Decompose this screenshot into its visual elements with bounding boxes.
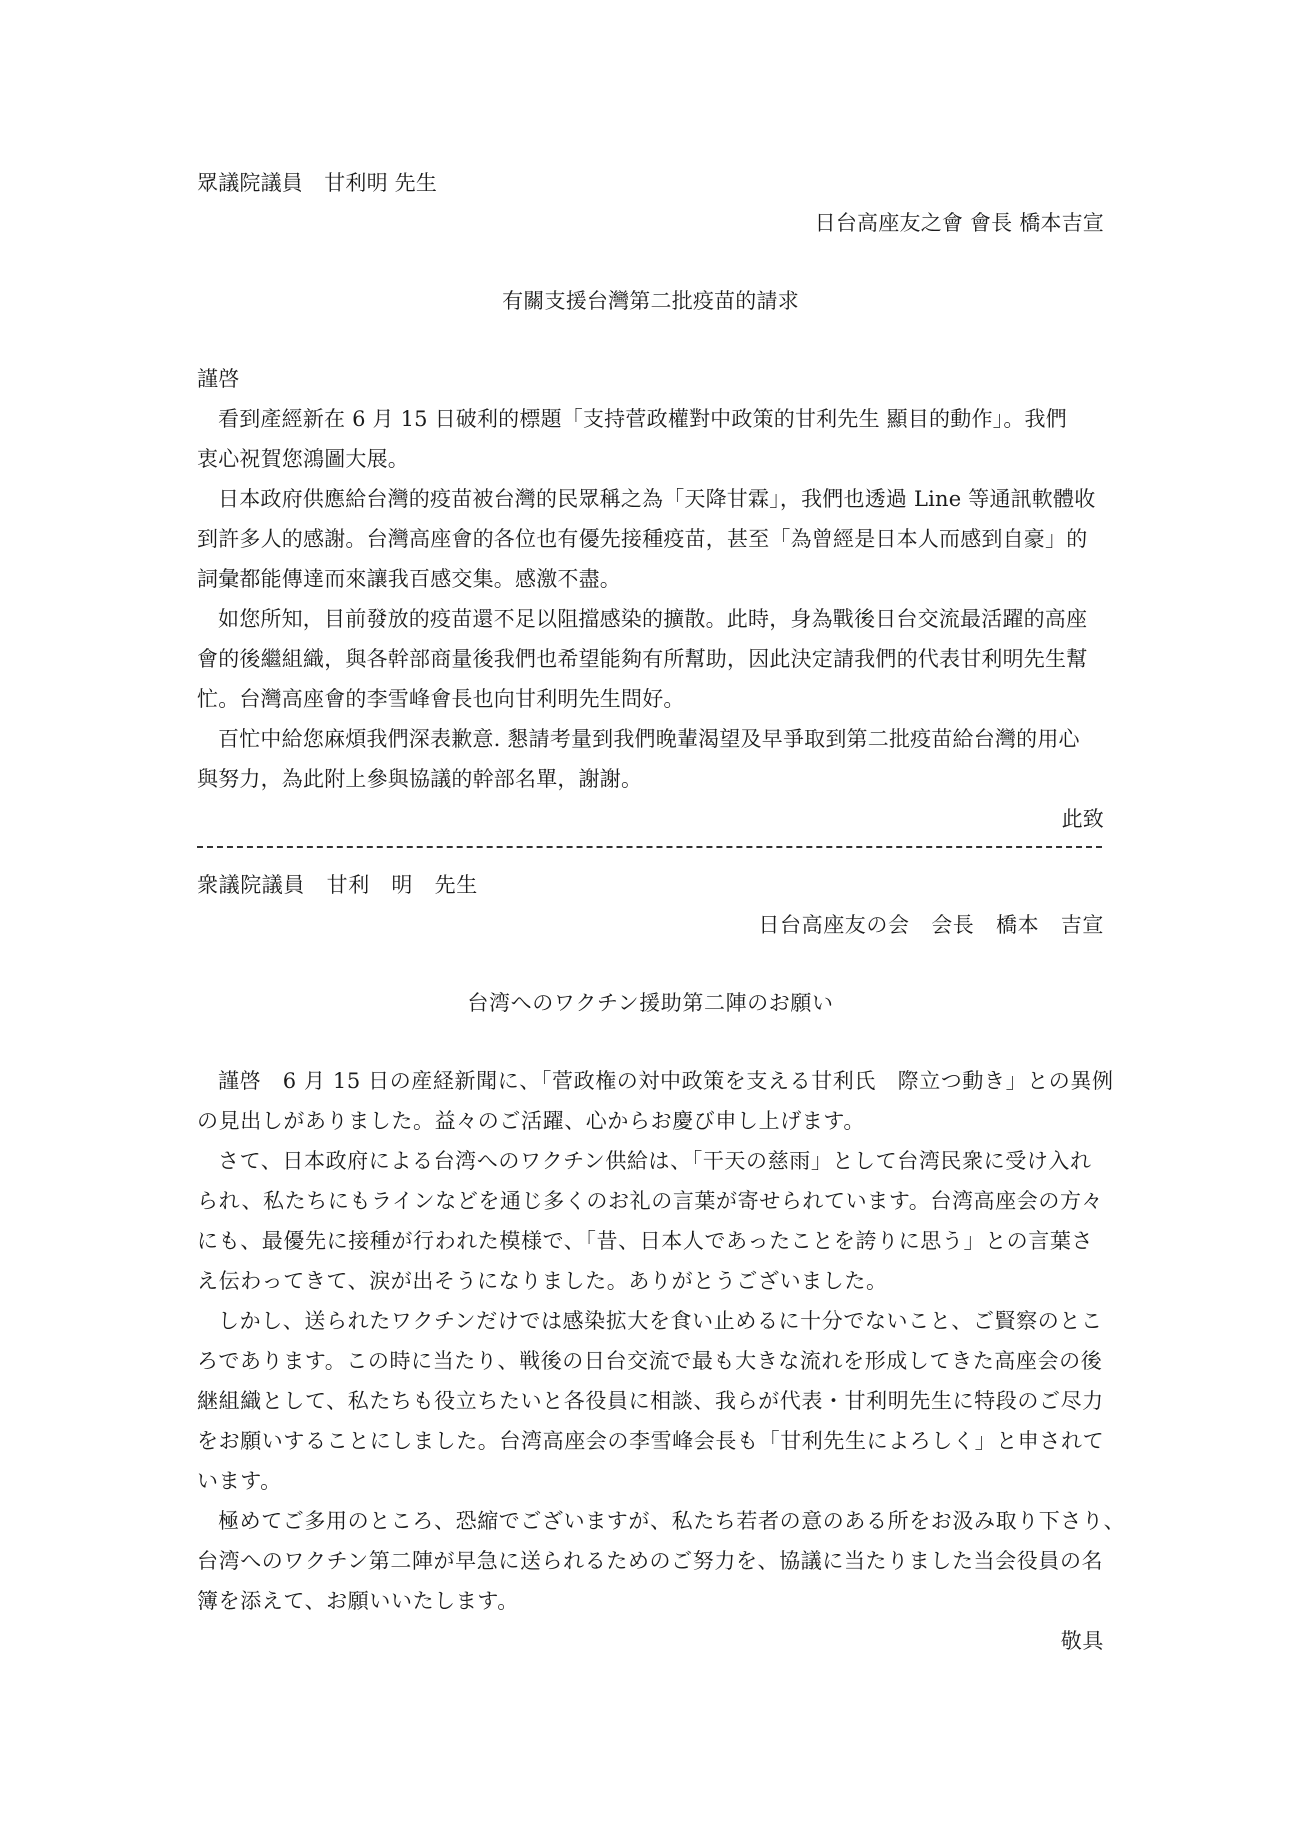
jp-body-line: ろであります。この時に当たり、戦後の日台交流で最も大きな流れを形成してきた高座会… [197,1348,1104,1374]
separator-dashed-line [197,846,1102,848]
zh-salutation: 謹啓 [197,366,1104,392]
jp-body-line: 極めてご多用のところ、恐縮でございますが、私たち若者の意のある所をお汲み取り下さ… [197,1508,1104,1534]
jp-body-line: います。 [197,1468,1104,1494]
zh-body-line: 忙。台灣高座會的李雪峰會長也向甘利明先生問好。 [197,686,1104,712]
zh-body-line: 百忙中給您麻煩我們深表歉意. 懇請考量到我們晚輩渴望及早爭取到第二批疫苗給台灣的… [197,726,1104,752]
zh-addressee: 眾議院議員 甘利明 先生 [197,170,1104,196]
zh-title: 有關支援台灣第二批疫苗的請求 [197,288,1104,314]
zh-body-line: 到許多人的感謝。台灣高座會的各位也有優先接種疫苗，甚至「為曾經是日本人而感到自豪… [197,526,1104,552]
zh-body-line: 會的後繼組織，與各幹部商量後我們也希望能夠有所幫助，因此決定請我們的代表甘利明先… [197,646,1104,672]
jp-body-line: 継組織として、私たちも役立ちたいと各役員に相談、我らが代表・甘利明先生に特段のご… [197,1388,1104,1414]
jp-body-line: をお願いすることにしました。台湾高座会の李雪峰会長も「甘利先生によろしく」と申さ… [197,1428,1104,1454]
jp-body-line: の見出しがありました。益々のご活躍、心からお慶び申し上げます。 [197,1108,1104,1134]
jp-closing: 敬具 [197,1628,1104,1654]
jp-body-line: え伝わってきて、涙が出そうになりました。ありがとうございました。 [197,1268,1104,1294]
zh-body-line: 詞彙都能傳達而來讓我百感交集。感激不盡。 [197,566,1104,592]
jp-body-line: 簿を添えて、お願いいたします。 [197,1588,1104,1614]
zh-sender: 日台高座友之會 會長 橋本吉宣 [197,210,1104,236]
jp-body-line: られ、私たちにもラインなどを通じ多くのお礼の言葉が寄せられています。台湾高座会の… [197,1188,1104,1214]
zh-body-line: 看到產經新在 6 月 15 日破利的標題「支持菅政權對中政策的甘利先生 顯目的動… [197,406,1104,432]
zh-body-line: 日本政府供應給台灣的疫苗被台灣的民眾稱之為「天降甘霖」，我們也透過 Line 等… [197,486,1104,512]
jp-body-line: さて、日本政府による台湾へのワクチン供給は、「干天の慈雨」として台湾民衆に受け入… [197,1148,1104,1174]
zh-body-line: 如您所知，目前發放的疫苗還不足以阻擋感染的擴散。此時，身為戰後日台交流最活躍的高… [197,606,1104,632]
zh-closing: 此致 [197,806,1104,832]
jp-body-line: 謹啓 6 月 15 日の産経新聞に、「菅政権の対中政策を支える甘利氏 際立つ動き… [197,1068,1104,1094]
zh-body-line: 衷心祝賀您鴻圖大展。 [197,446,1104,472]
jp-addressee: 衆議院議員 甘利 明 先生 [197,872,1104,898]
jp-title: 台湾へのワクチン援助第二陣のお願い [197,990,1104,1016]
jp-body-line: しかし、送られたワクチンだけでは感染拡大を食い止めるに十分でないこと、ご賢察のと… [197,1308,1104,1334]
jp-body-line: にも、最優先に接種が行われた模様で、「昔、日本人であったことを誇りに思う」との言… [197,1228,1104,1254]
jp-sender: 日台高座友の会 会長 橋本 吉宣 [197,912,1104,938]
zh-body-line: 與努力，為此附上參與協議的幹部名單，謝謝。 [197,766,1104,792]
jp-body-line: 台湾へのワクチン第二陣が早急に送られるためのご努力を、協議に当たりました当会役員… [197,1548,1104,1574]
